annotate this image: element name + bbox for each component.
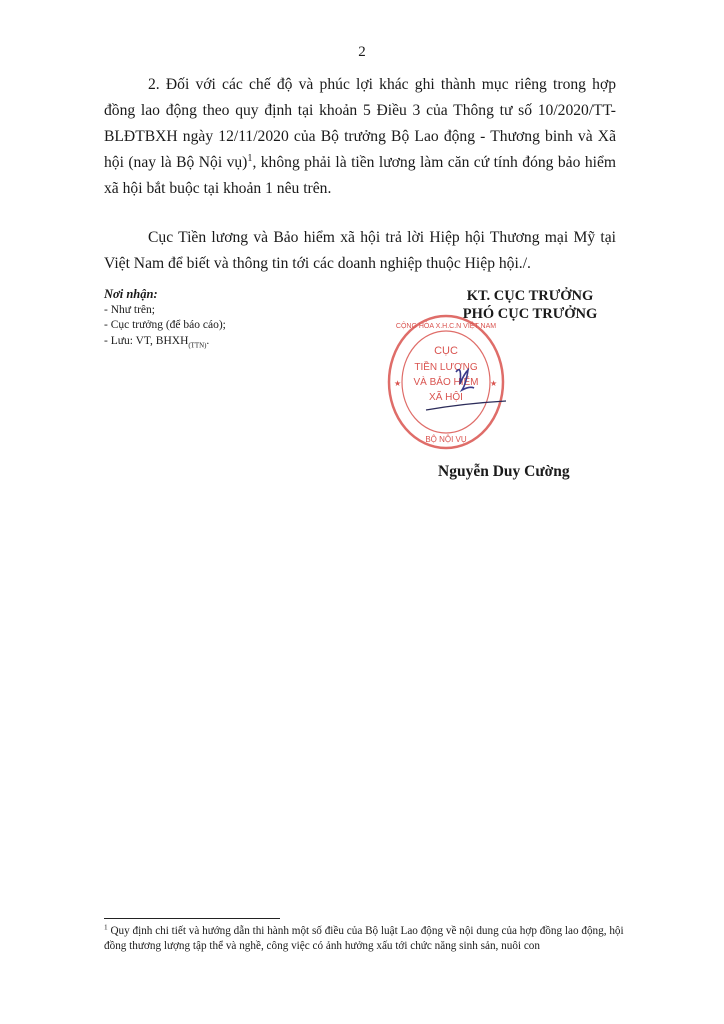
official-stamp-icon: CỤC TIỀN LƯƠNG VÀ BẢO HIỂM XÃ HỘI CỘNG H… [386, 312, 506, 452]
recipient-item: - Lưu: VT, BHXH(TTN). [104, 334, 226, 350]
recipients-title: Nơi nhận: [104, 287, 226, 303]
svg-text:VÀ BẢO HIỂM: VÀ BẢO HIỂM [413, 375, 478, 388]
signer-name: Nguyễn Duy Cường [438, 463, 638, 481]
svg-text:★: ★ [490, 379, 497, 388]
recipients-block: Nơi nhận: - Như trên; - Cục trưởng (để b… [104, 287, 226, 349]
paragraph-2: Cục Tiền lương và Bảo hiểm xã hội trả lờ… [104, 225, 616, 277]
page-number: 2 [0, 44, 724, 61]
svg-text:★: ★ [394, 379, 401, 388]
svg-text:XÃ HỘI: XÃ HỘI [429, 390, 463, 403]
signature-title-1: KT. CỤC TRƯỞNG [420, 287, 640, 305]
footnote: 1 Quy định chi tiết và hướng dẫn thi hàn… [104, 924, 624, 954]
svg-text:CỤC: CỤC [434, 345, 458, 357]
recipient-item: - Cục trưởng (để báo cáo); [104, 318, 226, 334]
svg-text:BỘ NỘI VỤ: BỘ NỘI VỤ [425, 435, 467, 444]
paragraph-2-text: Cục Tiền lương và Bảo hiểm xã hội trả lờ… [104, 229, 616, 272]
footnote-separator [104, 918, 280, 919]
svg-text:CỘNG HÒA X.H.C.N VIỆT NAM: CỘNG HÒA X.H.C.N VIỆT NAM [396, 321, 496, 330]
paragraph-1: 2. Đối với các chế độ và phúc lợi khác g… [104, 72, 616, 202]
recipient-item: - Như trên; [104, 303, 226, 319]
